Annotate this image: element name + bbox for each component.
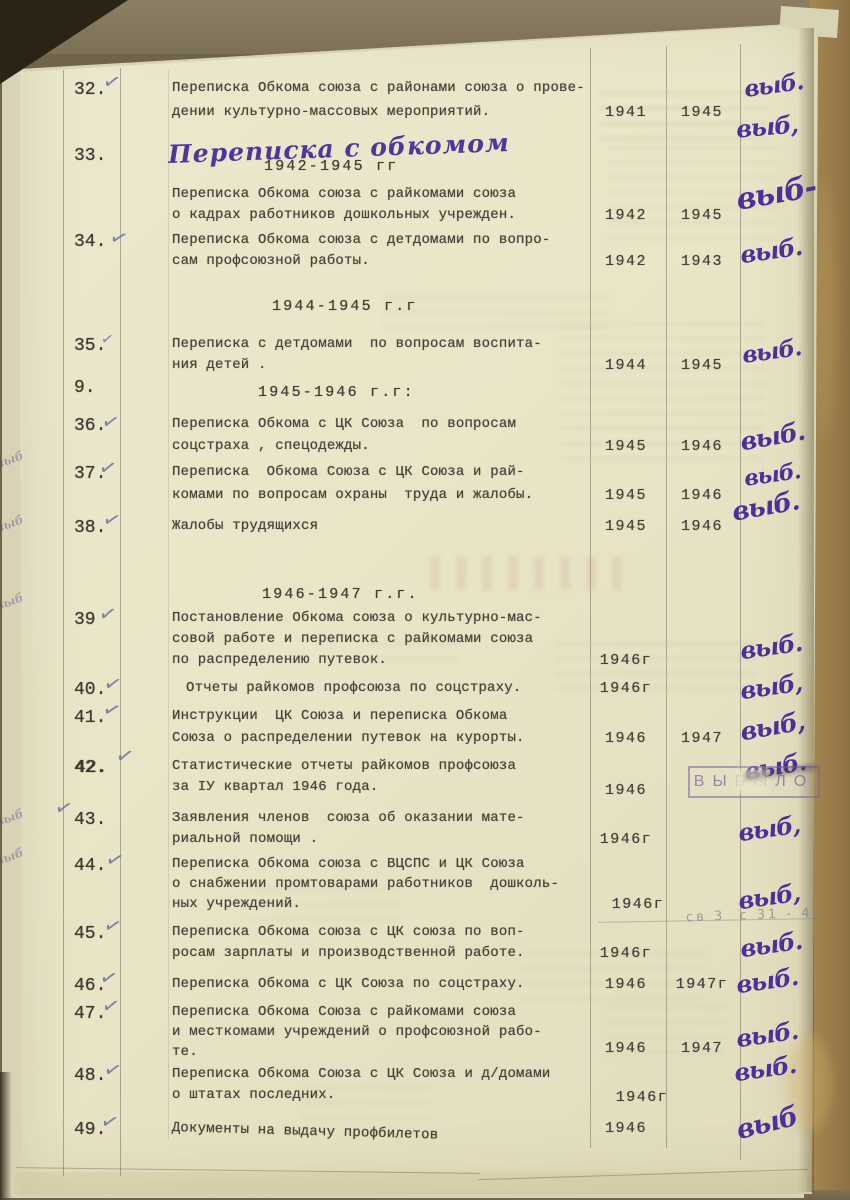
vybyl-note: выб. [738, 926, 803, 963]
year-start: 1946г [590, 680, 662, 697]
entry-line: о снабжении промтоварами работников дошк… [172, 876, 559, 892]
year-end: 1947 [666, 1040, 738, 1057]
entry-line: Переписка Обкома союза с детдомами по во… [172, 232, 550, 248]
year-end: 1947 [666, 730, 738, 747]
year-start: 1944 [590, 357, 662, 374]
checkmark-icon: ✓ [52, 794, 76, 822]
entry-line: Переписка Обкома Союза с ЦК Союза и рай- [172, 464, 525, 480]
entry-number: 9. [74, 378, 96, 398]
section-header: 1946-1947 г.г. [262, 586, 419, 603]
checkmark-icon: ✓ [99, 992, 122, 1020]
entry-line: Переписка Обкома союза с районами союза … [172, 80, 585, 96]
vybyl-note: выб. [732, 1050, 797, 1087]
checkmark-icon: ✓ [100, 68, 123, 96]
entry-number: 39 [74, 610, 96, 630]
year-end: 1947г [666, 976, 738, 993]
vybyl-note: выб [733, 1101, 800, 1146]
entry-line: Статистические отчеты райкомов профсоюза [172, 758, 516, 774]
year-end: 1945 [666, 357, 738, 374]
year-start: 1946г [606, 1089, 678, 1106]
pencil-annotation: св 3 с 31 - 4 [686, 906, 813, 925]
vybyl-note: выб. [740, 334, 802, 369]
entry-line: Переписка Обкома союза с ВЦСПС и ЦК Союз… [172, 856, 525, 872]
vybyl-note: выб, [738, 707, 807, 747]
year-end: 1946 [666, 438, 738, 455]
entry-line: Заявления членов союза об оказании мате- [172, 810, 525, 826]
vybyl-note: выб. [734, 962, 799, 999]
entry-line: о кадрах работников дошкольных учрежден. [172, 207, 516, 223]
year-start: 1945 [590, 487, 662, 504]
entry-line: Жалобы трудящихся [172, 518, 318, 534]
checkmark-icon: ✓ [101, 670, 125, 698]
entry-number: 43. [74, 810, 106, 830]
entry-line: комами по вопросам охраны труда и жалобы… [172, 487, 533, 503]
entry-line: Переписка Обкома Союза с райкомами союза [172, 1004, 516, 1020]
year-start: 1946г [590, 945, 662, 962]
entry-line: Постановление Обкома союза о культурно-м… [172, 610, 542, 626]
year-start: 1945 [590, 438, 662, 455]
year-start: 1942 [590, 253, 662, 270]
year-end: 1943 [666, 253, 738, 270]
year-start: 1946 [590, 1040, 662, 1057]
year-start: 1945 [590, 518, 662, 535]
checkmark-icon: ✓ [100, 506, 124, 534]
vybyl-note: выб. [734, 1016, 799, 1053]
entry-number: 42. [74, 758, 106, 778]
vybyl-note: выб. [730, 486, 802, 527]
section-header: 1942-1945 гг [264, 158, 398, 175]
entry-line: дении культурно-массовых мероприятий. [172, 104, 490, 120]
year-end: 1946 [666, 518, 738, 535]
entry-line: по распределению путевок. [172, 652, 387, 668]
year-end: 1945 [666, 207, 738, 224]
entry-line: Переписка Обкома с ЦК Союза по соцстраху… [172, 976, 525, 992]
entry-line: Союза о распределении путевок на курорты… [172, 730, 525, 746]
year-start: 1946 [590, 782, 662, 799]
vybyl-note: выб, [736, 810, 801, 847]
checkmark-icon: ✓ [99, 408, 123, 436]
content-layer: 32.✓Переписка Обкома союза с районами со… [0, 0, 850, 1200]
year-start: 1946г [590, 831, 662, 848]
entry-line: сам профсоюзной работы. [172, 253, 370, 269]
vybyl-note: выб. [738, 628, 803, 665]
year-start: 1946 [590, 1120, 662, 1137]
entry-line: Переписка Обкома союза с ЦК союза по воп… [172, 924, 525, 940]
entry-line: за IУ квартал 1946 года. [172, 779, 378, 795]
entry-line: ных учреждений. [172, 896, 301, 912]
entry-number: 44. [74, 856, 106, 876]
entry-line: соцстраха , спецодежды. [172, 438, 370, 454]
entry-line: Переписка Обкома Союза с ЦК Союза и д/до… [172, 1066, 550, 1082]
scanned-archival-page: выб.выб.выб.выб.выб. 32.✓Переписка Обком… [0, 0, 850, 1200]
section-header: 1944-1945 г.г [272, 298, 418, 315]
entry-line: о штатах последних. [172, 1087, 335, 1103]
entry-number: 33. [74, 146, 106, 166]
entry-line: совой работе и переписка с райкомами сою… [172, 631, 533, 647]
checkmark-icon: ✓ [103, 846, 127, 874]
entry-line: Инструкции ЦК Союза и переписка Обкома [172, 708, 507, 724]
entry-line: ния детей . [172, 357, 267, 373]
year-start: 1941 [590, 104, 662, 121]
vybyl-note: выб, [738, 668, 803, 705]
checkmark-icon: ✓ [97, 600, 119, 627]
checkmark-icon: ✓ [101, 912, 125, 940]
year-start: 1946 [590, 730, 662, 747]
entry-line: Документы на выдачу профбилетов [172, 1120, 439, 1143]
vybyl-note: выб. [742, 68, 804, 103]
entry-line: и месткомами учреждений о профсоюзной ра… [172, 1024, 542, 1040]
checkmark-icon: ✓ [97, 964, 121, 992]
year-start: 1946г [590, 652, 662, 669]
checkmark-icon: ✓ [100, 329, 116, 349]
checkmark-icon: ✓ [113, 742, 136, 770]
year-end: 1945 [666, 104, 738, 121]
checkmark-icon: ✓ [98, 1108, 122, 1136]
year-end: 1946 [666, 487, 738, 504]
entry-line: Переписка с детдомами по вопросам воспит… [172, 336, 542, 352]
entry-number: 34. [74, 232, 106, 252]
section-header: 1945-1946 г.г: [258, 384, 415, 401]
vybyl-note: выб- [734, 169, 819, 217]
vybyl-note: выб, [735, 109, 799, 143]
entry-line: Переписка Обкома союза с райкомами союза [172, 186, 516, 202]
year-start: 1946 [590, 976, 662, 993]
entry-line: Переписка Обкома с ЦК Союза по вопросам [172, 416, 516, 432]
entry-line: те. [172, 1044, 198, 1060]
entry-line: Отчеты райкомов профсоюза по соцстраху. [186, 680, 521, 696]
vybyl-note: выб. [738, 417, 807, 457]
vybyl-note: выб. [738, 232, 803, 269]
checkmark-icon: ✓ [101, 1056, 125, 1084]
checkmark-icon: ✓ [96, 454, 119, 482]
checkmark-icon: ✓ [106, 224, 131, 253]
entry-line: риальной помощи . [172, 831, 318, 847]
entry-line: росам зарплаты и производственной работе… [172, 945, 525, 961]
year-start: 1946г [602, 896, 674, 913]
year-start: 1942 [590, 207, 662, 224]
